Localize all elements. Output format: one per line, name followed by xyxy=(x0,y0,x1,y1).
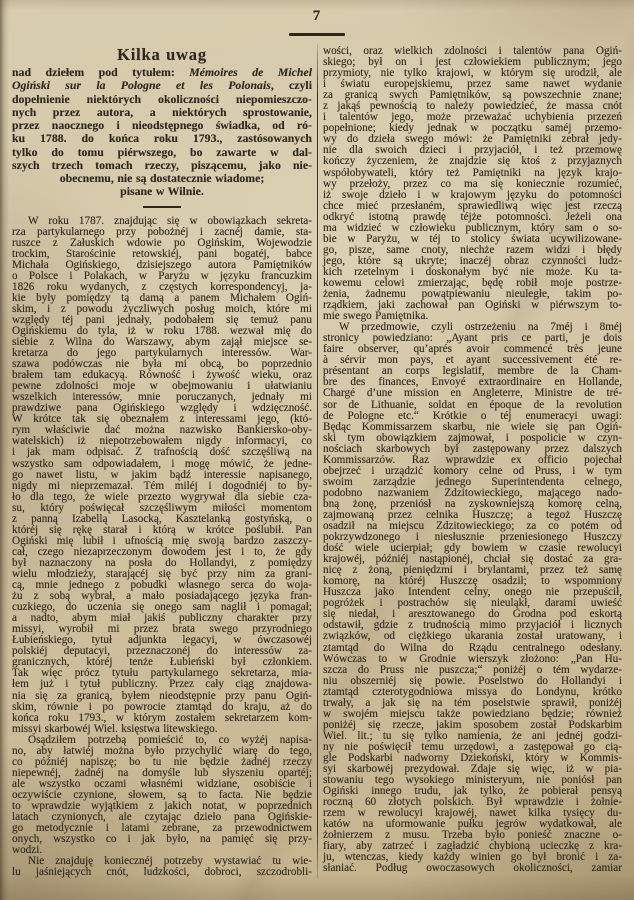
text-line: lu jaśniejących cnót, ludzkości, dobroci… xyxy=(12,867,312,878)
text-line: onych, wszystko co i jak było, na pamięć… xyxy=(12,834,312,845)
text-line: nigdy mi nieprzemazał. Tém miléj i dogod… xyxy=(12,481,312,492)
right-column-text: wości, oraz wielkich zdolności i talentó… xyxy=(323,46,622,875)
text-line: skim, równie i po powrocie ztamtąd do kr… xyxy=(12,702,312,713)
right-column: wości, oraz wielkich zdolności i talentó… xyxy=(323,46,622,875)
title-text: Kilka uwag xyxy=(117,45,207,64)
text-line: szcza do Pruss nie puszcza;“ poniżéj o t… xyxy=(323,665,622,676)
text-line: W roku 1787. znajdując się w obowiązkach… xyxy=(12,216,312,227)
title-italic-text: Ogiński sur la Pologne et les Polonais xyxy=(12,78,271,92)
text-line: Będąc Kommissarzem skarbu, nie wiele się… xyxy=(323,422,622,433)
title-text: nad dziełem pod tytułem: xyxy=(12,65,189,79)
text-line: i jak mam odpisać. Z trafnością dość szc… xyxy=(12,447,312,458)
text-line: go nawet listu, w jakim bądź interessie … xyxy=(12,470,312,481)
title-text: dopełnienie niektórych okoliczności niep… xyxy=(12,92,312,106)
title-line: obecnemu, nie są dostatecznie wiadome; xyxy=(12,172,312,185)
text-line: sor de Lithuanie, soldat en époque de la… xyxy=(323,400,622,411)
text-line: współobywateli, który też Pamiętniki na … xyxy=(323,168,622,179)
title-text: pisane w Wilnie. xyxy=(120,184,204,198)
column-divider-rule xyxy=(317,44,318,878)
text-line: końca roku 1793., w którym zostałem sekr… xyxy=(12,713,312,724)
text-line: wy przełoży, przez co ma się koniecznie … xyxy=(323,179,622,190)
title-line: dopełnienie niektórych okoliczności niep… xyxy=(12,93,312,106)
title-text: tylko do tomu piérwszego, bo zawarte w d… xyxy=(12,145,312,159)
title-italic-text: Mémoires de Michel xyxy=(189,65,312,79)
text-line: de Pologne etc.“ Krótkie o téj enumeracy… xyxy=(323,411,622,422)
title-line: Ogiński sur la Pologne et les Polonais, … xyxy=(12,79,312,92)
title-text: szych trzech tomach rzeczy, piszącemu, j… xyxy=(12,158,312,172)
title-text: ku 1788. do końca roku 1793., zastósowan… xyxy=(12,131,312,145)
title-line: szych trzech tomach rzeczy, piszącemu, j… xyxy=(12,159,312,172)
text-line: Wówczas to w Grodnie wierszyk złożono: „… xyxy=(323,654,622,665)
title-text: , czyli xyxy=(271,78,312,92)
title-line: pisane w Wilnie. xyxy=(12,185,312,198)
page-number: 7 xyxy=(0,8,634,25)
left-column-text: W roku 1787. znajdując się w obowiązkach… xyxy=(12,216,312,879)
title-line: nad dziełem pod tytułem: Mémoires de Mic… xyxy=(12,66,312,79)
left-column: Kilka uwagnad dziełem pod tytułem: Mémoi… xyxy=(12,46,312,878)
text-line: łem już i tytuł publiczny. Przez cały ci… xyxy=(12,679,312,690)
text-line: rza partykularnego przy pobożnéj i zacné… xyxy=(12,227,312,238)
text-line: ruszce z Załuskich wdowie po Ogińskim, W… xyxy=(12,238,312,249)
title-text: obecnemu, nie są dostatecznie wiadome; xyxy=(60,171,265,185)
page-number-rule xyxy=(289,33,345,36)
text-line: Chargé d’une mission en Angleterre, Mini… xyxy=(323,388,622,399)
text-line: wszystko sam odpowiadałem, i mogę mówić,… xyxy=(12,459,312,470)
text-line: słaniać. Podług owoczasowych okolicznośc… xyxy=(323,863,622,874)
text-line: kończy życzeniem, że znajdzie się ktoś z… xyxy=(323,156,622,167)
text-line: iż swoje dzieło i w krajowym języku do p… xyxy=(323,190,622,201)
title-text: przez naocznego i nieodstępnego świadka,… xyxy=(12,118,312,132)
title-text: nych przez autora, a niektórych sprostow… xyxy=(12,105,312,119)
title-line: ku 1788. do końca roku 1793., zastósowan… xyxy=(12,132,312,145)
title-line: przez naocznego i nieodstępnego świadka,… xyxy=(12,119,312,132)
title-line: nych przez autora, a niektórych sprostow… xyxy=(12,106,312,119)
title-line: tylko do tomu piérwszego, bo zawarte w d… xyxy=(12,146,312,159)
text-line: ztamtąd do Wilna do Rządu centralnego od… xyxy=(323,643,622,654)
article-title-block: Kilka uwagnad dziełem pod tytułem: Mémoi… xyxy=(12,46,312,199)
title-separator-rule xyxy=(143,206,181,208)
text-line: związków, od ciężkiego ukarania został u… xyxy=(323,631,622,642)
text-line: nia się za granicą, byłem nieodstępnie p… xyxy=(12,691,312,702)
scanned-page: 7 Kilka uwagnad dziełem pod tytułem: Mém… xyxy=(0,0,634,900)
title-line: Kilka uwag xyxy=(12,46,312,64)
